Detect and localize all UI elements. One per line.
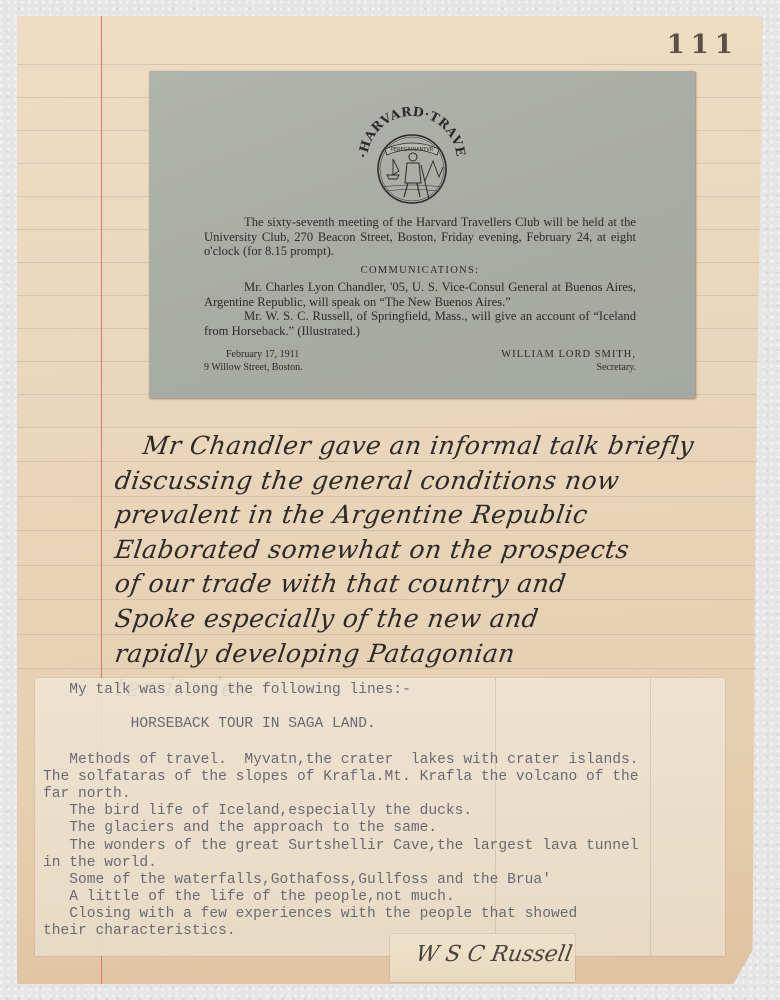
invitation-card: ·HARVARD·TRAVELLERS·CLUB· PEREGRINANTVR … (149, 71, 695, 398)
chandler-communication: Mr. Charles Lyon Chandler, '05, U. S. Vi… (204, 280, 636, 309)
handwritten-line: Mr Chandler gave an informal talk briefl… (113, 429, 758, 464)
typed-line: Some of the waterfalls,Gothafoss,Gullfos… (43, 872, 551, 889)
ruled-line (17, 64, 763, 65)
page-number: 111 (667, 30, 739, 60)
card-text: The sixty-seventh meeting of the Harvard… (204, 215, 636, 338)
typed-line: A little of the life of the people,not m… (43, 889, 455, 906)
paper-fold (650, 678, 651, 956)
typed-line: their characteristics. (43, 923, 236, 940)
typed-line: My talk was along the following lines:- (43, 682, 411, 699)
handwritten-line: Spoke especially of the new and (113, 602, 758, 637)
handwritten-line: prevalent in the Argentine Republic (113, 498, 758, 533)
secretary-title: Secretary. (501, 361, 636, 374)
typed-line: The solfataras of the slopes of Krafla.M… (43, 769, 639, 786)
handwritten-line: Elaborated somewhat on the prospects (113, 533, 758, 568)
typed-line: The glaciers and the approach to the sam… (43, 820, 437, 837)
handwritten-line: rapidly developing Patagonian (113, 637, 758, 672)
typed-line: The bird life of Iceland,especially the … (43, 803, 472, 820)
typed-line: far north. (43, 786, 131, 803)
handwritten-line: discussing the general conditions now (113, 464, 758, 499)
signature-slip: W S C Russell (390, 934, 575, 982)
typed-line: Methods of travel. Myvatn,the crater lak… (43, 752, 639, 769)
communications-heading: COMMUNICATIONS: (204, 264, 636, 279)
svg-text:PEREGRINANTVR: PEREGRINANTVR (391, 147, 434, 153)
card-date: February 17, 1911 (204, 348, 303, 361)
typed-talk-outline: My talk was along the following lines:- … (35, 678, 725, 956)
card-address: 9 Willow Street, Boston. (204, 361, 303, 374)
signature: W S C Russell (414, 942, 574, 967)
handwritten-line: of our trade with that country and (113, 567, 758, 602)
typed-title: HORSEBACK TOUR IN SAGA LAND. (43, 716, 376, 733)
ruled-line (17, 427, 763, 428)
handwritten-note: Mr Chandler gave an informal talk briefl… (115, 429, 755, 706)
harvard-travellers-club-seal-icon: ·HARVARD·TRAVELLERS·CLUB· PEREGRINANTVR (347, 91, 477, 221)
meeting-announcement: The sixty-seventh meeting of the Harvard… (204, 215, 636, 259)
scrapbook-page: 111 ·HARVARD·TRAVELLERS·CLUB· PEREGRINAN… (17, 16, 763, 984)
secretary-name: WILLIAM LORD SMITH, (501, 348, 636, 361)
typed-line: in the world. (43, 855, 157, 872)
typed-line: The wonders of the great Surtshellir Cav… (43, 838, 639, 855)
typed-line: Closing with a few experiences with the … (43, 906, 577, 923)
russell-communication: Mr. W. S. C. Russell, of Springfield, Ma… (204, 309, 636, 338)
